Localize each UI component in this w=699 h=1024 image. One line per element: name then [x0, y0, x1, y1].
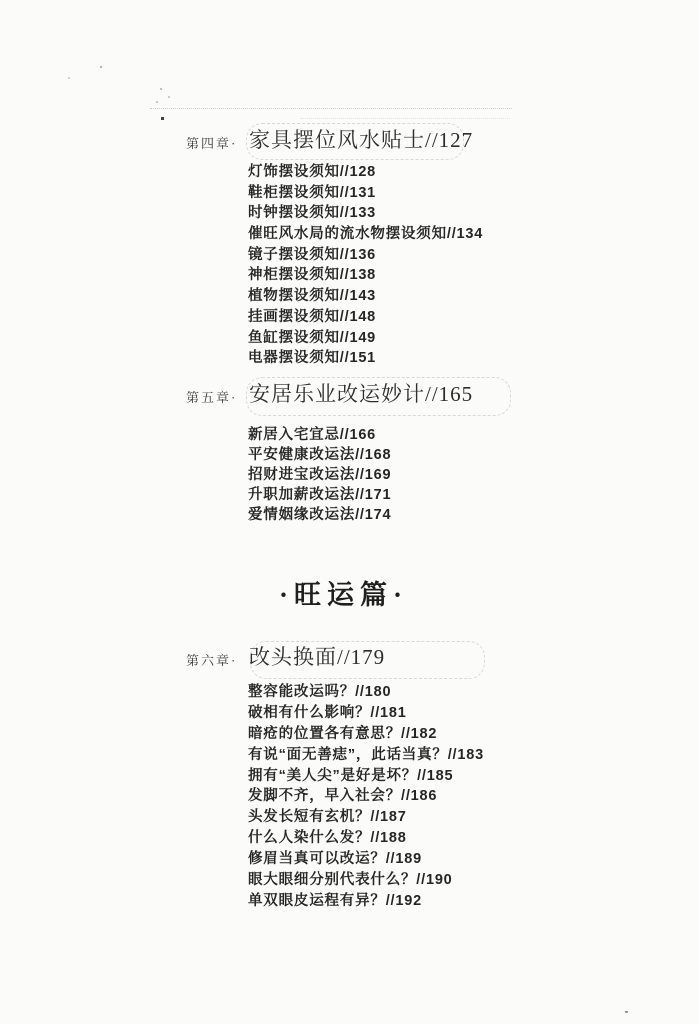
scan-noise-band — [150, 108, 512, 109]
scan-speck — [168, 96, 170, 98]
scan-noise-band — [300, 118, 510, 119]
toc-entry: 灯饰摆设须知//128 — [248, 160, 483, 181]
scan-speck — [68, 77, 70, 79]
chapter-title: 改头换面//179 — [249, 644, 385, 670]
toc-entry: 升职加薪改运法//171 — [248, 483, 391, 503]
toc-entry: 平安健康改运法//168 — [248, 443, 391, 463]
scan-speck — [156, 101, 158, 103]
chapter-item-list: 整容能改运吗？//180破相有什么影响？//181暗疮的位置各有意思？//182… — [248, 680, 484, 910]
book-page: 第四章· 家具摆位风水贴士//127 灯饰摆设须知//128鞋柜摆设须知//13… — [0, 0, 699, 1024]
toc-entry: 破相有什么影响？//181 — [248, 701, 484, 722]
scan-speck — [625, 1011, 628, 1013]
scan-speck — [161, 117, 164, 120]
toc-entry: 鱼缸摆设须知//149 — [248, 326, 483, 347]
toc-entry: 什么人染什么发？//188 — [248, 826, 484, 847]
toc-entry: 电器摆设须知//151 — [248, 346, 483, 367]
toc-entry: 神柜摆设须知//138 — [248, 263, 483, 284]
toc-entry: 鞋柜摆设须知//131 — [248, 181, 483, 202]
toc-entry: 修眉当真可以改运？//189 — [248, 847, 484, 868]
toc-entry: 头发长短有玄机？//187 — [248, 805, 484, 826]
toc-entry: 挂画摆设须知//148 — [248, 305, 483, 326]
scan-speck — [100, 66, 102, 68]
chapter-title: 安居乐业改运妙计//165 — [249, 381, 473, 407]
chapter-label: 第五章· — [186, 387, 237, 406]
chapter-title: 家具摆位风水贴士//127 — [249, 127, 473, 153]
toc-entry: 拥有“美人尖”是好是坏？//185 — [248, 764, 484, 785]
chapter-label: 第四章· — [186, 133, 237, 152]
toc-entry: 爱情姻缘改运法//174 — [248, 503, 391, 523]
toc-entry: 镜子摆设须知//136 — [248, 243, 483, 264]
toc-entry: 新居入宅宜忌//166 — [248, 423, 391, 443]
toc-entry: 时钟摆设须知//133 — [248, 201, 483, 222]
toc-entry: 眼大眼细分别代表什么？//190 — [248, 868, 484, 889]
chapter-item-list: 灯饰摆设须知//128鞋柜摆设须知//131时钟摆设须知//133催旺风水局的流… — [248, 160, 483, 367]
toc-entry: 发脚不齐，早入社会？//186 — [248, 784, 484, 805]
toc-entry: 暗疮的位置各有意思？//182 — [248, 722, 484, 743]
chapter-label: 第六章· — [186, 650, 237, 669]
part-divider-heading: ·旺运篇· — [0, 578, 693, 612]
scan-speck — [160, 88, 162, 90]
toc-entry: 植物摆设须知//143 — [248, 284, 483, 305]
toc-entry: 招财进宝改运法//169 — [248, 463, 391, 483]
toc-entry: 单双眼皮运程有异？//192 — [248, 889, 484, 910]
chapter-item-list: 新居入宅宜忌//166平安健康改运法//168招财进宝改运法//169升职加薪改… — [248, 423, 391, 523]
toc-entry: 整容能改运吗？//180 — [248, 680, 484, 701]
toc-entry: 有说“面无善痣”，此话当真？//183 — [248, 743, 484, 764]
toc-entry: 催旺风水局的流水物摆设须知//134 — [248, 222, 483, 243]
